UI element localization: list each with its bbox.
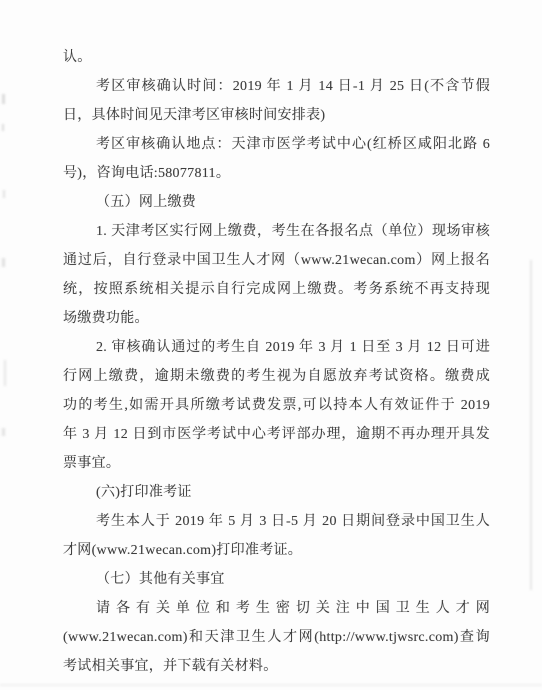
scan-artifact [4, 360, 6, 386]
text-line: 考区审核确认地点：天津市医学考试中心(红桥区咸阳北路 6 [63, 130, 490, 159]
text-line: 功的考生,如需开具所缴考试费发票,可以持本人有效证件于 2019 [63, 391, 490, 420]
text-line: 请 各 有 关 单 位 和 考 生 密 切 关 注 中 国 卫 生 人 才 网 [63, 594, 490, 623]
text-line: 考试相关事宜，并下载有关材料。 [63, 652, 490, 681]
text-line: (六)打印准考证 [63, 478, 490, 507]
scan-artifact [2, 94, 5, 104]
text-line: 通过后，自行登录中国卫生人才网（www.21wecan.com）网上报名系 [63, 246, 490, 275]
text-line: 行网上缴费，逾期未缴费的考生视为自愿放弃考试资格。缴费成 [63, 362, 490, 391]
scan-artifact [2, 124, 4, 131]
text-line: 考区审核确认时间：2019 年 1 月 14 日-1 月 25 日(不含节假 [63, 72, 490, 101]
text-line: 票事宜。 [63, 449, 490, 478]
text-line: （五）网上缴费 [63, 188, 490, 217]
scan-artifact [2, 428, 5, 436]
text-line: 号)，咨询电话:58077811。 [63, 159, 490, 188]
scan-artifact [3, 190, 5, 198]
text-line: （七）其他有关事宜 [63, 565, 490, 594]
text-line: 场缴费功能。 [63, 304, 490, 333]
text-line: 2. 审核确认通过的考生自 2019 年 3 月 1 日至 3 月 12 日可进 [63, 333, 490, 362]
text-line: 才网(www.21wecan.com)打印准考证。 [63, 536, 490, 565]
text-line: 日，具体时间见天津考区审核时间安排表) [63, 101, 490, 130]
text-line: 认。 [63, 43, 490, 72]
scan-artifact [0, 684, 542, 686]
scan-artifact [530, 260, 532, 590]
text-line: (www.21wecan.com)和天津卫生人才网(http://www.tjw… [63, 623, 490, 652]
scan-artifact [2, 258, 5, 267]
text-line: 考生本人于 2019 年 5 月 3 日-5 月 20 日期间登录中国卫生人 [63, 507, 490, 536]
scanned-document-page: 认。考区审核确认时间：2019 年 1 月 14 日-1 月 25 日(不含节假… [0, 0, 542, 690]
document-text: 认。考区审核确认时间：2019 年 1 月 14 日-1 月 25 日(不含节假… [63, 43, 490, 681]
text-line: 统，按照系统相关提示自行完成网上缴费。考务系统不再支持现 [63, 275, 490, 304]
text-line: 1. 天津考区实行网上缴费，考生在各报名点（单位）现场审核 [63, 217, 490, 246]
text-line: 年 3 月 12 日到市医学考试中心考评部办理，逾期不再办理开具发 [63, 420, 490, 449]
